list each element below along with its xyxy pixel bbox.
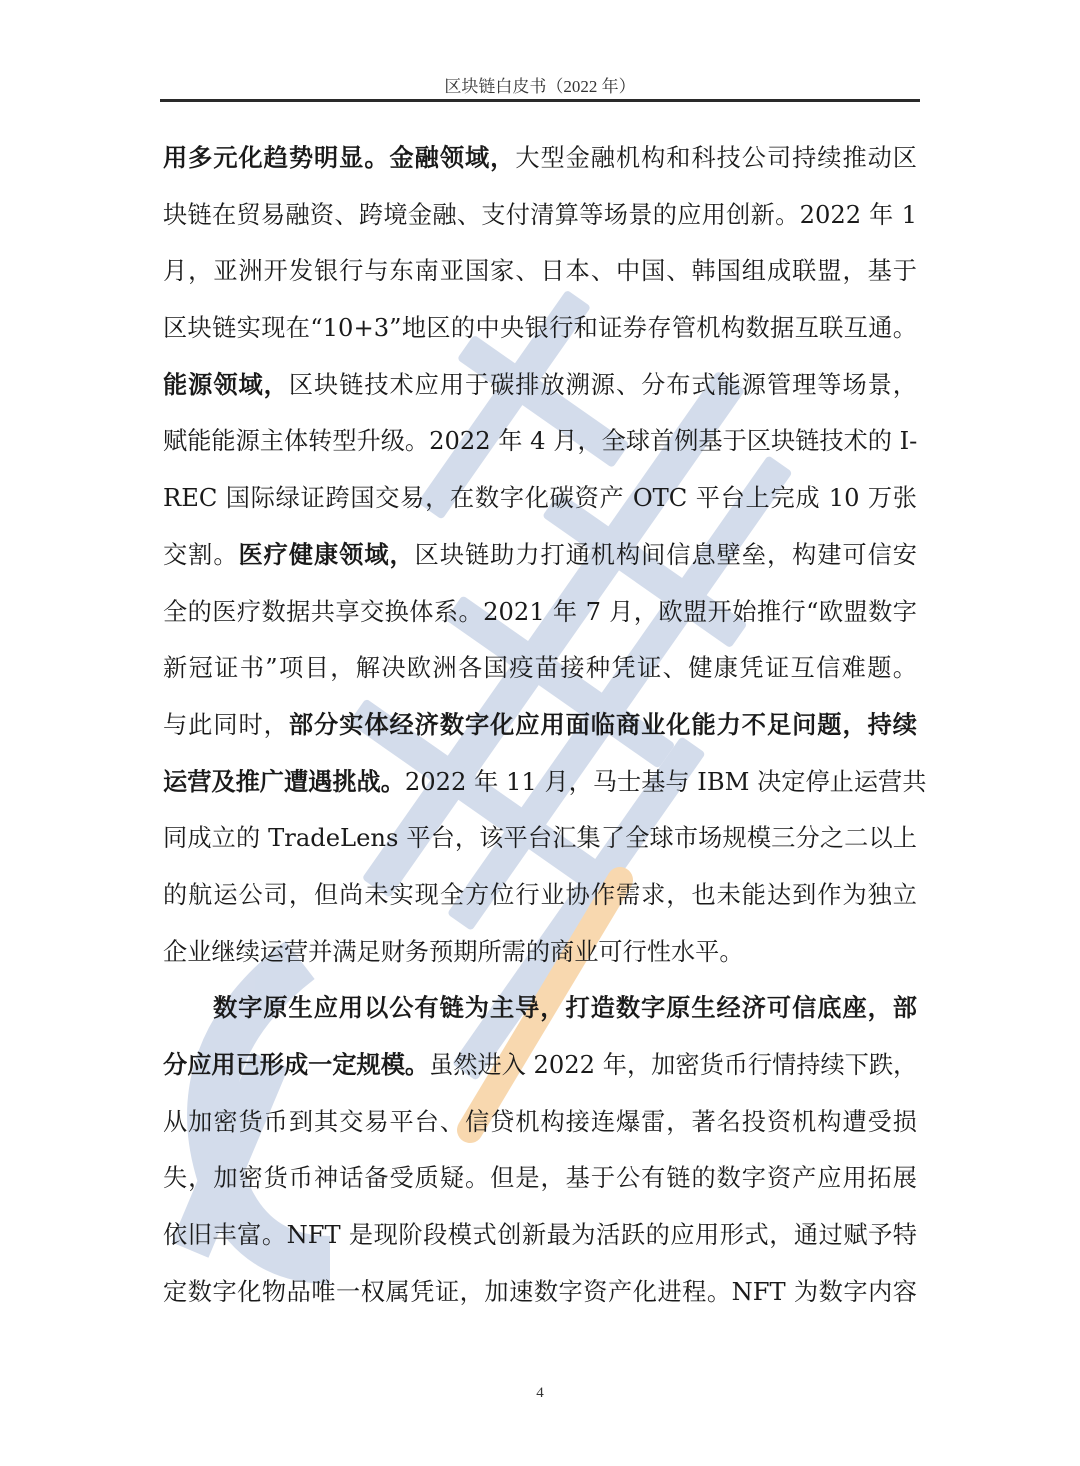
text-segment: 区块链助力打通机构间信息壁垒，构建可信安 <box>415 541 917 569</box>
text-segment: 区块链技术应用于碳排放溯源、分布式能源管理等场景， <box>289 371 917 399</box>
text-segment: 块链在贸易融资、跨境金融、支付清算等场景的应用创新。2022 年 1 <box>163 201 917 229</box>
text-line: 区块链实现在“10+3”地区的中央银行和证券存管机构数据互联互通。 <box>163 300 917 357</box>
bold-text-segment: 数字原生应用以公有链为主导，打造数字原生经济可信底座，部 <box>213 994 917 1022</box>
text-segment: 从加密货币到其交易平台、信贷机构接连爆雷，著名投资机构遭受损 <box>163 1108 917 1136</box>
text-segment: 依旧丰富。NFT 是现阶段模式创新最为活跃的应用形式，通过赋予特 <box>163 1221 917 1249</box>
text-line: 用多元化趋势明显。金融领域，大型金融机构和科技公司持续推动区 <box>163 130 917 187</box>
text-line: REC 国际绿证跨国交易，在数字化碳资产 OTC 平台上完成 10 万张 <box>163 470 917 527</box>
text-segment: 新冠证书”项目，解决欧洲各国疫苗接种凭证、健康凭证互信难题。 <box>163 654 917 682</box>
text-line: 运营及推广遭遇挑战。2022 年 11 月，马士基与 IBM 决定停止运营共 <box>163 754 917 811</box>
page-number: 4 <box>500 1385 580 1402</box>
bold-text-segment: 分应用已形成一定规模。 <box>163 1051 429 1079</box>
bold-text-segment: 用多元化趋势明显。金融领域， <box>163 144 515 172</box>
text-line: 块链在贸易融资、跨境金融、支付清算等场景的应用创新。2022 年 1 <box>163 187 917 244</box>
text-segment: 企业继续运营并满足财务预期所需的商业可行性水平。 <box>163 938 744 966</box>
text-segment: 交割。 <box>163 541 239 569</box>
text-segment: 赋能能源主体转型升级。2022 年 4 月，全球首例基于区块链技术的 I- <box>163 427 917 455</box>
bold-text-segment: 运营及推广遭遇挑战。 <box>163 768 405 796</box>
text-segment: 月，亚洲开发银行与东南亚国家、日本、中国、韩国组成联盟，基于 <box>163 257 917 285</box>
text-line: 企业继续运营并满足财务预期所需的商业可行性水平。 <box>163 924 917 981</box>
text-line: 新冠证书”项目，解决欧洲各国疫苗接种凭证、健康凭证互信难题。 <box>163 640 917 697</box>
text-segment: 失，加密货币神话备受质疑。但是，基于公有链的数字资产应用拓展 <box>163 1164 917 1192</box>
text-line: 能源领域，区块链技术应用于碳排放溯源、分布式能源管理等场景， <box>163 357 917 414</box>
text-segment: 全的医疗数据共享交换体系。2021 年 7 月，欧盟开始推行“欧盟数字 <box>163 598 917 626</box>
text-line: 与此同时，部分实体经济数字化应用面临商业化能力不足问题，持续 <box>163 697 917 754</box>
text-line: 从加密货币到其交易平台、信贷机构接连爆雷，著名投资机构遭受损 <box>163 1094 917 1151</box>
page-header-title: 区块链白皮书（2022 年） <box>160 72 920 100</box>
text-segment: REC 国际绿证跨国交易，在数字化碳资产 OTC 平台上完成 10 万张 <box>163 484 917 512</box>
bold-text-segment: 医疗健康领域， <box>239 541 415 569</box>
text-line: 月，亚洲开发银行与东南亚国家、日本、中国、韩国组成联盟，基于 <box>163 243 917 300</box>
bold-text-segment: 部分实体经济数字化应用面临商业化能力不足问题，持续 <box>289 711 917 739</box>
text-segment: 2022 年 11 月，马士基与 IBM 决定停止运营共 <box>405 768 927 796</box>
text-line: 依旧丰富。NFT 是现阶段模式创新最为活跃的应用形式，通过赋予特 <box>163 1207 917 1264</box>
text-segment: 区块链实现在“10+3”地区的中央银行和证券存管机构数据互联互通。 <box>163 314 917 342</box>
text-line: 定数字化物品唯一权属凭证，加速数字资产化进程。NFT 为数字内容 <box>163 1264 917 1321</box>
text-line: 全的医疗数据共享交换体系。2021 年 7 月，欧盟开始推行“欧盟数字 <box>163 584 917 641</box>
text-line: 的航运公司，但尚未实现全方位行业协作需求，也未能达到作为独立 <box>163 867 917 924</box>
text-line: 数字原生应用以公有链为主导，打造数字原生经济可信底座，部 <box>163 980 917 1037</box>
text-line: 交割。医疗健康领域，区块链助力打通机构间信息壁垒，构建可信安 <box>163 527 917 584</box>
text-segment: 与此同时， <box>163 711 289 739</box>
text-line: 失，加密货币神话备受质疑。但是，基于公有链的数字资产应用拓展 <box>163 1150 917 1207</box>
text-segment: 定数字化物品唯一权属凭证，加速数字资产化进程。NFT 为数字内容 <box>163 1278 917 1306</box>
text-segment: 大型金融机构和科技公司持续推动区 <box>515 144 917 172</box>
text-segment: 同成立的 TradeLens 平台，该平台汇集了全球市场规模三分之二以上 <box>163 824 917 852</box>
text-line: 同成立的 TradeLens 平台，该平台汇集了全球市场规模三分之二以上 <box>163 810 917 867</box>
text-line: 分应用已形成一定规模。虽然进入 2022 年，加密货币行情持续下跌， <box>163 1037 917 1094</box>
header-divider <box>160 99 920 102</box>
text-segment: 的航运公司，但尚未实现全方位行业协作需求，也未能达到作为独立 <box>163 881 917 909</box>
body-text: 用多元化趋势明显。金融领域，大型金融机构和科技公司持续推动区块链在贸易融资、跨境… <box>163 130 917 1320</box>
text-line: 赋能能源主体转型升级。2022 年 4 月，全球首例基于区块链技术的 I- <box>163 413 917 470</box>
text-segment: 虽然进入 2022 年，加密货币行情持续下跌， <box>429 1051 917 1079</box>
bold-text-segment: 能源领域， <box>163 371 289 399</box>
